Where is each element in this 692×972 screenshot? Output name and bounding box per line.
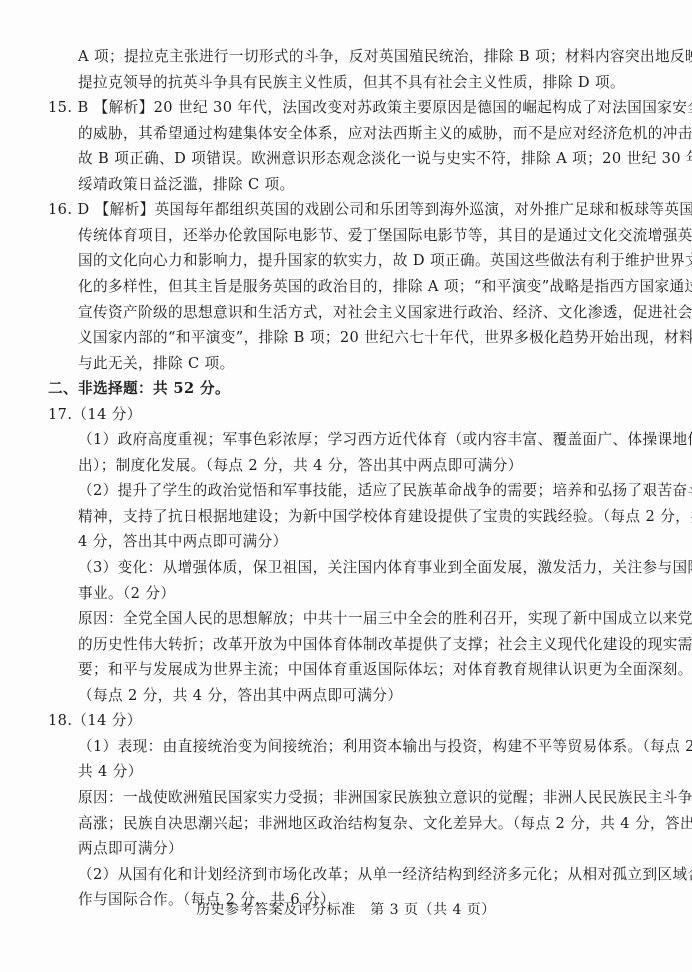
- document-page: A 项；提拉克主张进行一切形式的斗争，反对英国殖民统治，排除 B 项；材料内容突…: [0, 0, 692, 972]
- text-line: 事业。（2 分）: [78, 584, 175, 604]
- text-line: 出）；制度化发展。（每点 2 分，共 4 分，答出其中两点即可满分）: [78, 456, 523, 476]
- text-line: 的威胁，其希望通过构建集体安全体系，应对法西斯主义的威胁，而不是应对经济危机的冲…: [78, 124, 692, 144]
- text-line: 义国家内部的“和平演变”，排除 B 项；20 世纪六七十年代，世界多极化趋势开始…: [78, 328, 692, 348]
- text-line: 共 4 分）: [78, 762, 143, 782]
- text-line: （2）提升了学生的政治觉悟和军事技能，适应了民族革命战争的需要；培养和弘扬了艰苦…: [78, 481, 692, 501]
- text-line: 提拉克领导的抗英斗争具有民族主义性质，但其不具有社会主义性质，排除 D 项。: [78, 73, 625, 93]
- text-line: 原因：一战使欧洲殖民国家实力受损；非洲国家民族独立意识的觉醒；非洲人民民族民主斗…: [78, 788, 692, 808]
- text-line: 18.（14 分）: [48, 711, 142, 731]
- text-line: （每点 2 分，共 4 分，答出其中两点即可满分）: [78, 686, 402, 706]
- text-line: 原因：全党全国人民的思想解放；中共十一届三中全会的胜利召开，实现了新中国成立以来…: [78, 609, 692, 629]
- text-line: 17.（14 分）: [48, 405, 142, 425]
- text-line: 两点即可满分）: [78, 839, 183, 859]
- text-line: 国的文化向心力和影响力，提升国家的软实力，故 D 项正确。英国这些做法有利于维护…: [78, 251, 692, 271]
- text-line: 要；和平与发展成为世界主流；中国体育重返国际体坛；对体育教育规律认识更为全面深刻…: [78, 660, 692, 680]
- text-line: （2）从国有化和计划经济到市场化改革；从单一经济结构到经济多元化；从相对孤立到区…: [78, 865, 692, 885]
- text-line: 15. B 【解析】20 世纪 30 年代，法国改变对苏政策主要原因是德国的崛起…: [48, 98, 692, 118]
- text-line: A 项；提拉克主张进行一切形式的斗争，反对英国殖民统治，排除 B 项；材料内容突…: [78, 47, 692, 67]
- text-line: （1）政府高度重视；军事色彩浓厚；学习西方近代体育（或内容丰富、覆盖面广、体操课…: [78, 430, 692, 450]
- text-line: 精神，支持了抗日根据地建设；为新中国学校体育建设提供了宝贵的实践经验。（每点 2…: [78, 507, 692, 527]
- text-line: （3）变化：从增强体质，保卫祖国，关注国内体育事业到全面发展，激发活力，关注参与…: [78, 558, 692, 578]
- text-line: 高涨；民族自决思潮兴起；非洲地区政治结构复杂、文化差异大。（每点 2 分，共 4…: [78, 814, 692, 834]
- text-line: 4 分，答出其中两点即可满分）: [78, 532, 288, 552]
- text-line: 化的多样性，但其主旨是服务英国的政治目的，排除 A 项；“和平演变”战略是指西方…: [78, 277, 692, 297]
- page-footer: 历史参考答案及评分标准 第 3 页（共 4 页）: [0, 899, 692, 919]
- text-line: 的历史性伟大转折；改革开放为中国体育体制改革提供了支撑；社会主义现代化建设的现实…: [78, 635, 692, 655]
- text-line: （1）表现：由直接统治变为间接统治；利用资本输出与投资，构建不平等贸易体系。（每…: [78, 737, 692, 757]
- text-line: 宣传资产阶级的思想意识和生活方式，对社会主义国家进行政治、经济、文化渗透，促进社…: [78, 303, 692, 323]
- text-line: 传统体育项目，还举办伦敦国际电影节、爱丁堡国际电影节等，其目的是通过文化交流增强…: [78, 226, 692, 246]
- text-line: 与此无关，排除 C 项。: [78, 354, 235, 374]
- section-heading: 二、非选择题：共 52 分。: [48, 379, 230, 399]
- text-line: 故 B 项正确、D 项错误。欧洲意识形态观念淡化一说与史实不符，排除 A 项；2…: [78, 149, 692, 169]
- text-line: 16. D 【解析】英国每年都组织英国的戏剧公司和乐团等到海外巡演，对外推广足球…: [48, 200, 692, 220]
- text-line: 绥靖政策日益泛滥，排除 C 项。: [78, 175, 295, 195]
